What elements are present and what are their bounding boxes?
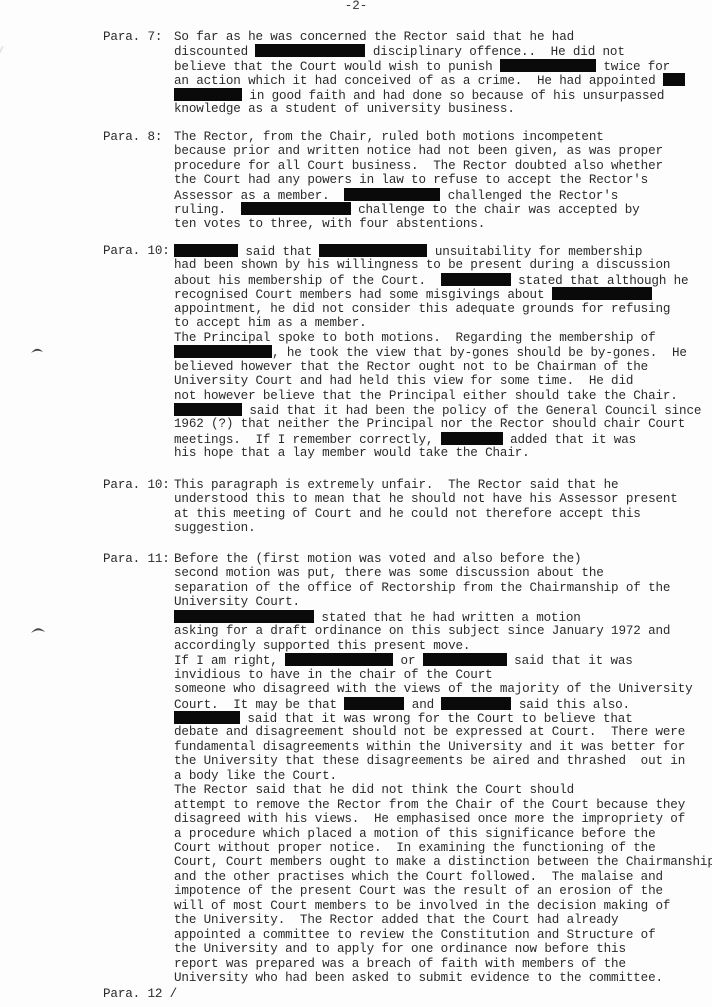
text-span: believe that the Court would wish to pun… (174, 60, 500, 74)
continuation-note: Para. 12 / (103, 987, 177, 1002)
redaction-block (174, 711, 240, 724)
redaction-block (500, 59, 596, 72)
text-line: the University that these disagreements … (174, 754, 685, 769)
text-line: the University. The Rector added that th… (174, 913, 618, 928)
redaction-block (319, 244, 427, 257)
text-line: impotence of the present Court was the r… (174, 884, 663, 899)
text-line: This paragraph is extremely unfair. The … (174, 478, 618, 493)
text-line: disagreed with his views. He emphasised … (174, 812, 685, 827)
text-span: at this meeting of Court and he could no… (174, 507, 641, 521)
text-span: appointed a committee to review the Cons… (174, 928, 656, 942)
text-span: This paragraph is extremely unfair. The … (174, 478, 618, 492)
text-span: Court without proper notice. In examinin… (174, 841, 656, 855)
text-span: a body like the Court. (174, 769, 337, 783)
text-line: Court, Court members ought to make a dis… (174, 855, 712, 870)
text-span: debate and disagreement should not be ex… (174, 725, 685, 739)
redaction-block (441, 697, 511, 710)
text-span: Assessor as a member. (174, 189, 344, 203)
text-span: and the other practises which the Court … (174, 870, 663, 884)
text-line: someone who disagreed with the views of … (174, 682, 693, 697)
text-line: at this meeting of Court and he could no… (174, 507, 641, 522)
paragraph-label: Para. 8: (103, 130, 162, 145)
text-line: will of most Court members to be involve… (174, 899, 670, 914)
text-line: second motion was put, there was some di… (174, 566, 604, 581)
redaction-block (441, 273, 511, 286)
text-line: debate and disagreement should not be ex… (174, 725, 685, 740)
text-span: said that (238, 245, 319, 259)
redaction-block (344, 697, 404, 710)
text-line: 1962 (?) that neither the Principal nor … (174, 417, 685, 432)
text-span: because prior and written notice had not… (174, 144, 663, 158)
text-span: his hope that a lay member would take th… (174, 446, 530, 460)
text-line: procedure for all Court business. The Re… (174, 159, 663, 174)
text-span: , he took the view that by-gones should … (272, 346, 687, 360)
text-span: or (393, 654, 423, 668)
text-line: knowledge as a student of university bus… (174, 102, 515, 117)
hole-punch-mark (30, 346, 44, 354)
text-span: unsuitability for membership (427, 245, 642, 259)
text-span: discounted (174, 45, 255, 59)
text-span: separation of the office of Rectorship f… (174, 581, 670, 595)
text-span: and (404, 698, 441, 712)
text-line: The Principal spoke to both motions. Reg… (174, 331, 656, 346)
document-page: -2- Para. 7:So far as he was concerned t… (0, 0, 712, 1007)
text-line: The Rector said that he did not think th… (174, 783, 574, 798)
text-span: the Court had any powers in law to refus… (174, 173, 648, 187)
pen-stroke-mark (0, 46, 4, 188)
text-line: So far as he was concerned the Rector sa… (174, 30, 574, 45)
text-span: disciplinary offence.. He did not (365, 45, 624, 59)
text-span: appointment, he did not consider this ad… (174, 302, 670, 316)
paragraph-label: Para. 10: (103, 244, 170, 259)
redaction-block (441, 432, 503, 445)
text-line: and the other practises which the Court … (174, 870, 663, 885)
text-span: If I am right, (174, 654, 285, 668)
text-span: understood this to mean that he should n… (174, 492, 678, 506)
text-span: knowledge as a student of university bus… (174, 102, 515, 116)
text-line: believed however that the Rector ought n… (174, 360, 648, 375)
text-span: twice for (596, 60, 670, 74)
text-line: a body like the Court. (174, 769, 337, 784)
text-span: attempt to remove the Rector from the Ch… (174, 798, 685, 812)
text-line: appointment, he did not consider this ad… (174, 302, 670, 317)
paragraph-label: Para. 10: (103, 478, 170, 493)
text-line: appointed a committee to review the Cons… (174, 928, 656, 943)
text-span: challenge to the chair was accepted by (351, 203, 640, 217)
paragraph-label: Para. 11: (103, 552, 170, 567)
text-span: Court. It may be that (174, 698, 344, 712)
text-span: recognised Court members had some misgiv… (174, 288, 552, 302)
text-span: University Court. (174, 595, 300, 609)
text-span: Court, Court members ought to make a dis… (174, 855, 712, 869)
text-line: suggestion. (174, 521, 255, 536)
redaction-block (241, 202, 351, 215)
redaction-block (174, 610, 314, 623)
text-span: asking for a draft ordinance on this sub… (174, 624, 670, 638)
text-span: The Principal spoke to both motions. Reg… (174, 331, 656, 345)
text-span: the University and to apply for one ordi… (174, 942, 626, 956)
redaction-block (174, 345, 272, 358)
text-span: a procedure which placed a motion of thi… (174, 827, 656, 841)
text-line: invidious to have in the chair of the Co… (174, 668, 493, 683)
text-span: accordingly supported this present move. (174, 639, 470, 653)
text-line: The Rector, from the Chair, ruled both m… (174, 130, 604, 145)
text-line: understood this to mean that he should n… (174, 492, 678, 507)
text-line: because prior and written notice had not… (174, 144, 663, 159)
text-line: Before the (first motion was voted and a… (174, 552, 581, 567)
text-span: had been shown by his willingness to be … (174, 258, 670, 272)
text-span: about his membership of the Court. (174, 274, 441, 288)
text-span: in good faith and had done so because of… (242, 89, 664, 103)
text-span: said that it had been the policy of the … (242, 404, 701, 418)
text-line: not however believe that the Principal e… (174, 389, 678, 404)
text-span: Before the (first motion was voted and a… (174, 552, 581, 566)
text-line: report was prepared was a breach of fait… (174, 957, 626, 972)
text-line: separation of the office of Rectorship f… (174, 581, 670, 596)
text-line: University who had been asked to submit … (174, 971, 663, 986)
text-line: attempt to remove the Rector from the Ch… (174, 798, 685, 813)
text-line: had been shown by his willingness to be … (174, 258, 670, 273)
text-span: University Court and had held this view … (174, 374, 633, 388)
text-line: the Court had any powers in law to refus… (174, 173, 648, 188)
text-span: suggestion. (174, 521, 255, 535)
page-number: -2- (0, 0, 712, 13)
redaction-block (663, 73, 685, 86)
text-span: someone who disagreed with the views of … (174, 682, 693, 696)
text-line: to accept him as a member. (174, 316, 367, 331)
redaction-block (174, 403, 242, 416)
text-span: The Rector said that he did not think th… (174, 783, 574, 797)
text-span: second motion was put, there was some di… (174, 566, 604, 580)
text-line: fundamental disagreements within the Uni… (174, 740, 685, 755)
text-span: disagreed with his views. He emphasised … (174, 812, 685, 826)
redaction-block (285, 653, 393, 666)
text-line: his hope that a lay member would take th… (174, 446, 530, 461)
text-span: impotence of the present Court was the r… (174, 884, 663, 898)
text-span: added that it was (503, 433, 636, 447)
paragraph-label: Para. 7: (103, 30, 162, 45)
text-span: fundamental disagreements within the Uni… (174, 740, 685, 754)
text-line: asking for a draft ordinance on this sub… (174, 624, 670, 639)
text-line: University Court and had held this view … (174, 374, 633, 389)
text-line: the University and to apply for one ordi… (174, 942, 626, 957)
text-line: a procedure which placed a motion of thi… (174, 827, 656, 842)
text-line: Court without proper notice. In examinin… (174, 841, 656, 856)
redaction-block (552, 287, 652, 300)
text-span: So far as he was concerned the Rector sa… (174, 30, 574, 44)
redaction-block (255, 44, 365, 57)
text-line: accordingly supported this present move. (174, 639, 470, 654)
text-span: invidious to have in the chair of the Co… (174, 668, 493, 682)
text-span: believed however that the Rector ought n… (174, 360, 648, 374)
text-span: said that it was wrong for the Court to … (240, 712, 633, 726)
text-span: the University. The Rector added that th… (174, 913, 618, 927)
text-span: ten votes to three, with four abstention… (174, 217, 485, 231)
text-span: procedure for all Court business. The Re… (174, 159, 663, 173)
text-span: stated that although he (511, 274, 689, 288)
text-line: ten votes to three, with four abstention… (174, 217, 485, 232)
text-span: The Rector, from the Chair, ruled both m… (174, 130, 604, 144)
redaction-block (174, 244, 238, 257)
text-span: not however believe that the Principal e… (174, 389, 678, 403)
text-span: challenged the Rector's (440, 189, 618, 203)
redaction-block (174, 88, 242, 101)
text-span: University who had been asked to submit … (174, 971, 663, 985)
text-span: report was prepared was a breach of fait… (174, 957, 626, 971)
text-span: said this also. (511, 698, 630, 712)
text-span: said that it was (507, 654, 633, 668)
text-span: will of most Court members to be involve… (174, 899, 670, 913)
hole-punch-mark (30, 625, 46, 634)
text-span: stated that he had written a motion (314, 611, 581, 625)
text-line: University Court. (174, 595, 300, 610)
text-span: ruling. (174, 203, 241, 217)
redaction-block (423, 653, 507, 666)
text-span: the University that these disagreements … (174, 754, 685, 768)
text-span: 1962 (?) that neither the Principal nor … (174, 417, 685, 431)
text-span: meetings. If I remember correctly, (174, 433, 441, 447)
text-span: an action which it had conceived of as a… (174, 74, 663, 88)
redaction-block (344, 188, 440, 201)
text-span: to accept him as a member. (174, 316, 367, 330)
